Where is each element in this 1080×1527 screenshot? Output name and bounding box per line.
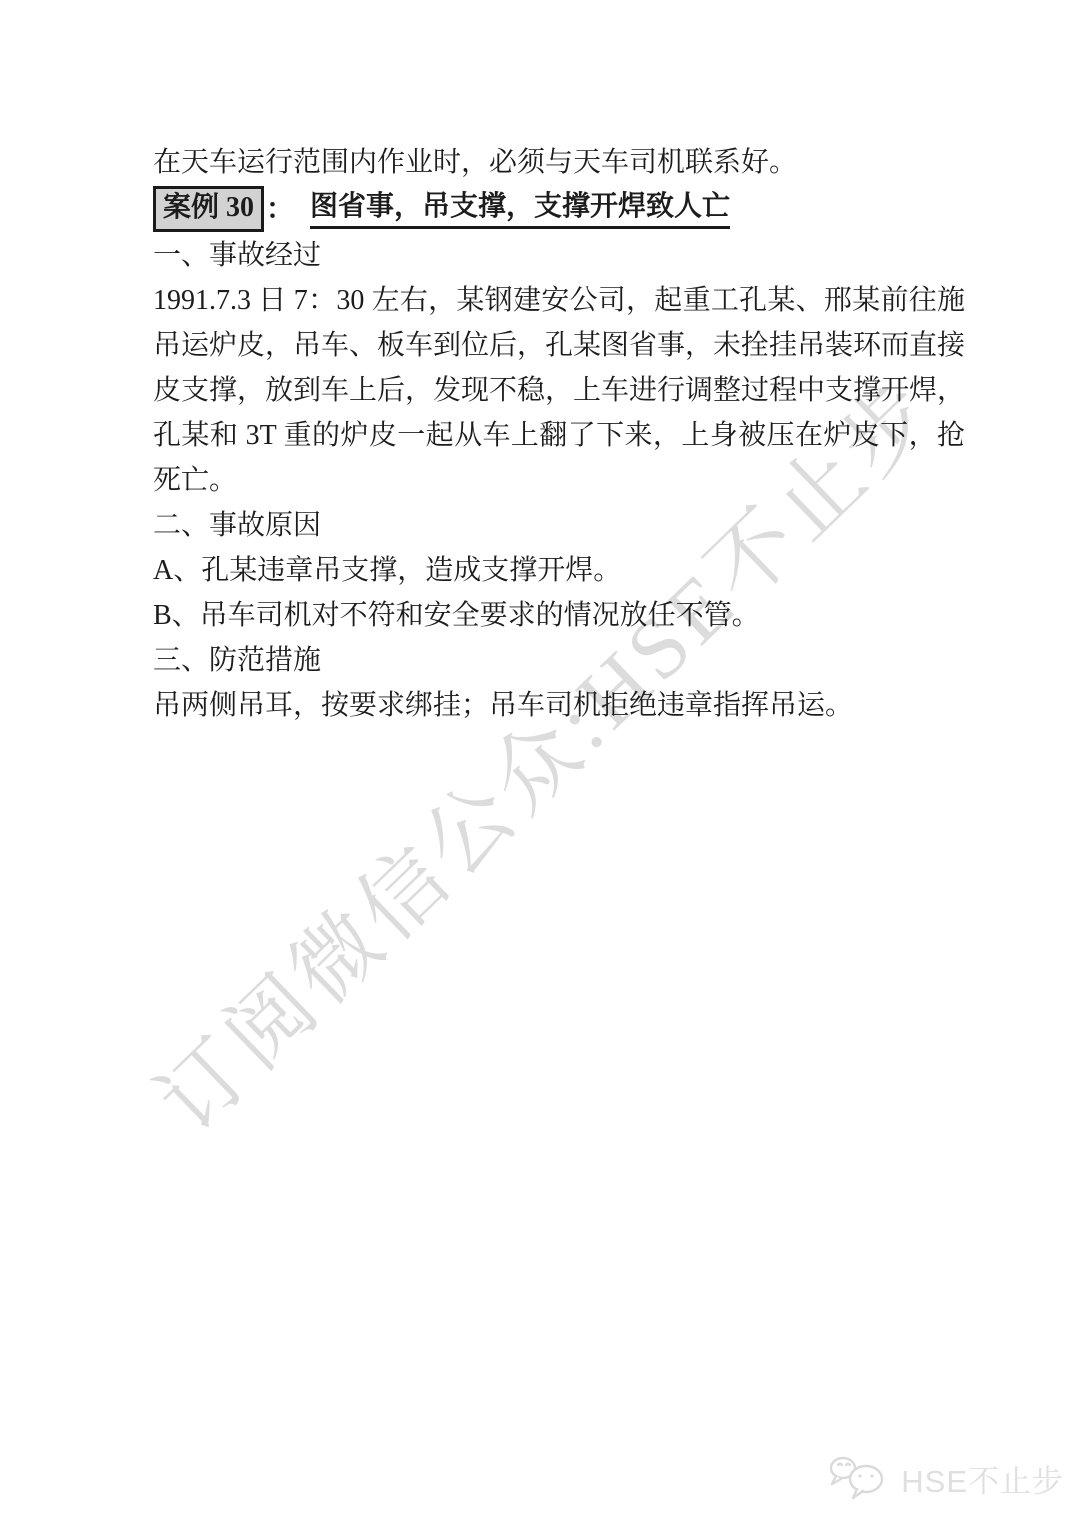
section-2-line: B、吊车司机对不符和安全要求的情况放任不管。 <box>153 593 965 638</box>
case-title: 图省事，吊支撑，支撑开焊致人亡 <box>310 190 730 229</box>
document-body: 在天车运行范围内作业时，必须与天车司机联系好。 案例 30 ： 图省事，吊支撑，… <box>153 140 965 728</box>
section-1-line: 孔某和 3T 重的炉皮一起从车上翻了下来，上身被压在炉皮下，抢救无效 <box>153 413 965 458</box>
section-1-line: 1991.7.3 日 7：30 左右，某钢建安公司，起重工孔某、邢某前往施工场地 <box>153 278 965 323</box>
section-3-line: 吊两侧吊耳，按要求绑挂；吊车司机拒绝违章指挥吊运。 <box>153 683 965 728</box>
section-1-heading: 一、事故经过 <box>153 233 965 278</box>
case-heading-row: 案例 30 ： 图省事，吊支撑，支撑开焊致人亡 <box>153 185 965 233</box>
document-page: 订阅微信公众:HSE不止步 在天车运行范围内作业时，必须与天车司机联系好。 案例… <box>0 0 1080 1527</box>
footer-brand: HSE不止步 <box>827 1453 1064 1503</box>
case-number-box: 案例 30 <box>153 186 264 232</box>
case-colon: ： <box>266 187 294 232</box>
footer-brand-text: HSE不止步 <box>901 1456 1064 1501</box>
intro-line: 在天车运行范围内作业时，必须与天车司机联系好。 <box>153 140 965 185</box>
section-1-line: 吊运炉皮，吊车、板车到位后，孔某图省事，未拴挂吊装环而直接吊炉 <box>153 323 965 368</box>
wechat-icon <box>827 1453 893 1503</box>
section-1-line: 皮支撑，放到车上后，发现不稳，上车进行调整过程中支撑开焊，致使 <box>153 368 965 413</box>
section-2-heading: 二、事故原因 <box>153 503 965 548</box>
section-2-line: A、孔某违章吊支撑，造成支撑开焊。 <box>153 548 965 593</box>
section-1-line: 死亡。 <box>153 458 965 503</box>
section-3-heading: 三、防范措施 <box>153 638 965 683</box>
